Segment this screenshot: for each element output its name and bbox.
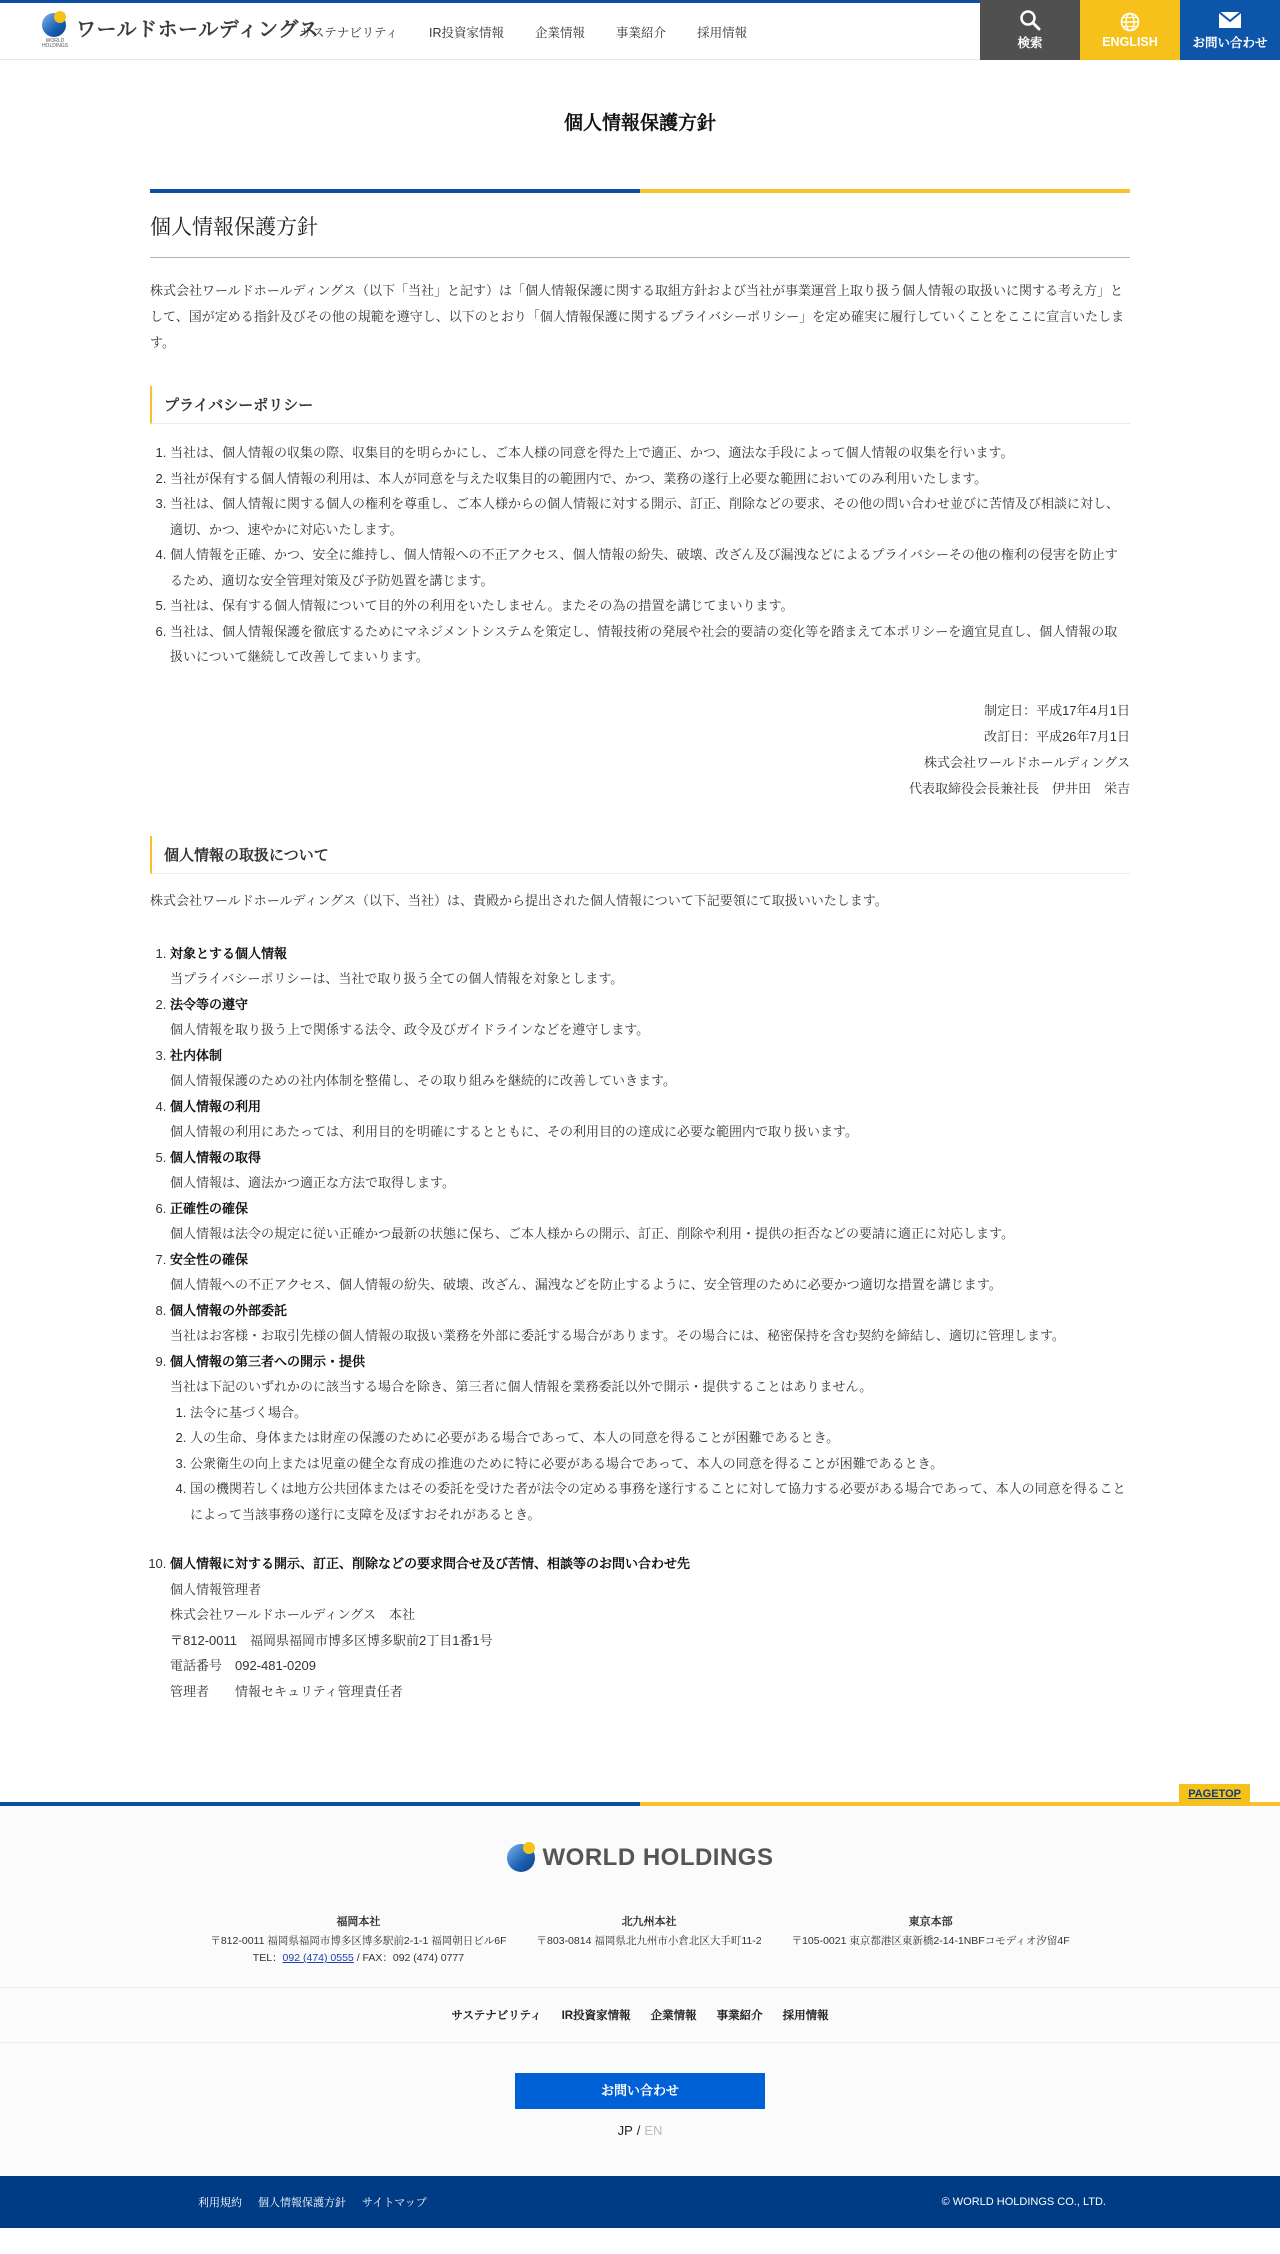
- logo-subtext: WORLD HOLDINGS: [38, 39, 72, 49]
- list-item: 当社が保有する個人情報の利用は、本人が同意を与えた収集目的の範囲内で、かつ、業務…: [170, 466, 1130, 492]
- search-label: 検索: [1017, 33, 1042, 51]
- page-title: 個人情報保護方針: [150, 108, 1130, 135]
- privacy-policy-heading: プライバシーポリシー: [150, 386, 1130, 424]
- office-name: 福岡本社: [210, 1914, 506, 1931]
- contact-info: 個人情報管理者 株式会社ワールドホールディングス 本社 〒812-0011 福岡…: [170, 1577, 1130, 1705]
- footer-nav: サステナビリティ IR投資家情報 企業情報 事業紹介 採用情報: [0, 1987, 1280, 2043]
- language-switch: JP/EN: [0, 2123, 1280, 2176]
- list-item: 法令等の遵守個人情報を取り扱う上で関係する法令、政令及びガイドラインなどを遵守し…: [170, 992, 1130, 1043]
- legal-links: 利用規約 個人情報保護方針 サイトマップ: [198, 2194, 427, 2210]
- established-date: 制定日：平成17年4月1日: [150, 698, 1130, 724]
- nav-recruit[interactable]: 採用情報: [697, 23, 747, 41]
- item-title: 個人情報の第三者への開示・提供: [170, 1349, 1130, 1375]
- lang-separator: /: [637, 2123, 641, 2138]
- privacy-link[interactable]: 個人情報保護方針: [258, 2194, 346, 2210]
- pagetop-button[interactable]: PAGETOP: [1179, 1784, 1250, 1804]
- manager-role: 管理者 情報セキュリティ管理責任者: [170, 1679, 1130, 1705]
- item-body: 当社は下記のいずれかのに該当する場合を除き、第三者に個人情報を業務委託以外で開示…: [170, 1374, 1130, 1400]
- list-item: 当社は、保有する個人情報について目的外の利用をいたしません。またその為の措置を講…: [170, 593, 1130, 619]
- list-item: 対象とする個人情報当プライバシーポリシーは、当社で取り扱う全ての個人情報を対象と…: [170, 941, 1130, 992]
- footer-nav-sustainability[interactable]: サステナビリティ: [451, 2007, 541, 2023]
- english-button[interactable]: ENGLISH: [1080, 0, 1180, 60]
- manager-label: 個人情報管理者: [170, 1577, 1130, 1603]
- item-body: 個人情報は法令の規定に従い正確かつ最新の状態に保ち、ご本人様からの開示、訂正、削…: [170, 1221, 1130, 1247]
- list-item: 安全性の確保個人情報への不正アクセス、個人情報の紛失、破壊、改ざん、漏洩などを防…: [170, 1247, 1130, 1298]
- postal-address: 〒812-0011 福岡県福岡市博多区博多駅前2丁目1番1号: [170, 1628, 1130, 1654]
- item-title: 安全性の確保: [170, 1247, 1130, 1273]
- office-fukuoka: 福岡本社 〒812-0011 福岡県福岡市博多区博多駅前2-1-1 福岡朝日ビル…: [210, 1914, 506, 1967]
- footer-contact-button[interactable]: お問い合わせ: [515, 2073, 765, 2109]
- mail-icon: [1219, 9, 1241, 31]
- office-name: 北九州本社: [537, 1914, 762, 1931]
- tel-link[interactable]: 092 (474) 0555: [283, 1952, 354, 1964]
- footer-nav-ir[interactable]: IR投資家情報: [562, 2007, 631, 2023]
- contact-button[interactable]: お問い合わせ: [1180, 0, 1280, 60]
- office-address: 〒812-0011 福岡県福岡市博多区博多駅前2-1-1 福岡朝日ビル6F: [210, 1933, 506, 1950]
- globe-icon: [1120, 11, 1140, 33]
- item-body: 個人情報への不正アクセス、個人情報の紛失、破壊、改ざん、漏洩などを防止するように…: [170, 1272, 1130, 1298]
- item-title: 個人情報の取得: [170, 1145, 1130, 1171]
- company-office: 株式会社ワールドホールディングス 本社: [170, 1602, 1130, 1628]
- footer-nav-recruit[interactable]: 採用情報: [783, 2007, 829, 2023]
- contact-label: お問い合わせ: [1192, 33, 1267, 51]
- tel-label: TEL：: [253, 1952, 283, 1964]
- item-title: 個人情報の利用: [170, 1094, 1130, 1120]
- search-icon: [1019, 9, 1041, 31]
- office-name: 東京本部: [792, 1914, 1070, 1931]
- global-nav: サステナビリティ IR投資家情報 企業情報 事業紹介 採用情報: [300, 3, 747, 60]
- signature-block: 制定日：平成17年4月1日 改訂日：平成26年7月1日 株式会社ワールドホールデ…: [150, 698, 1130, 802]
- site-header: WORLD HOLDINGS ワールドホールディングス サステナビリティ IR投…: [0, 0, 1280, 60]
- section-title: 個人情報保護方針: [150, 211, 1130, 258]
- list-item: 当社は、個人情報に関する個人の権利を尊重し、ご本人様からの個人情報に対する開示、…: [170, 491, 1130, 542]
- revised-date: 改訂日：平成26年7月1日: [150, 724, 1130, 750]
- item-title: 社内体制: [170, 1043, 1130, 1069]
- representative: 代表取締役会長兼社長 伊井田 栄吉: [150, 776, 1130, 802]
- nav-sustainability[interactable]: サステナビリティ: [300, 23, 398, 41]
- sub-list-item: 国の機関若しくは地方公共団体またはその委託を受けた者が法令の定める事務を遂行する…: [190, 1476, 1130, 1527]
- list-item: 個人情報の取得個人情報は、適法かつ適正な方法で取得します。: [170, 1145, 1130, 1196]
- item-body: 個人情報の利用にあたっては、利用目的を明確にするとともに、その利用目的の達成に必…: [170, 1119, 1130, 1145]
- sitemap-link[interactable]: サイトマップ: [362, 2194, 427, 2210]
- list-item: 個人情報に対する開示、訂正、削除などの要求問合せ及び苦情、相談等のお問い合わせ先…: [170, 1551, 1130, 1704]
- site-footer: PAGETOP WORLD HOLDINGS 福岡本社 〒812-0011 福岡…: [0, 1802, 1280, 2228]
- lang-en[interactable]: EN: [644, 2123, 662, 2138]
- handling-intro: 株式会社ワールドホールディングス（以下、当社）は、貴殿から提出された個人情報につ…: [150, 890, 1130, 909]
- office-kitakyushu: 北九州本社 〒803-0814 福岡県北九州市小倉北区大手町11-2: [537, 1914, 762, 1967]
- footer-logo[interactable]: WORLD HOLDINGS: [0, 1842, 1280, 1874]
- sub-list-item: 法令に基づく場合。: [190, 1400, 1130, 1426]
- main-content: 個人情報保護方針 個人情報保護方針 株式会社ワールドホールディングス（以下「当社…: [150, 108, 1130, 1704]
- logo-mark-icon: WORLD HOLDINGS: [40, 11, 70, 51]
- footer-logo-text: WORLD HOLDINGS: [543, 1844, 774, 1872]
- item-body: 当社はお客様・お取引先様の個人情報の取扱い業務を外部に委託する場合があります。そ…: [170, 1323, 1130, 1349]
- nav-ir[interactable]: IR投資家情報: [429, 23, 504, 41]
- sub-list-item: 公衆衛生の向上または児童の健全な育成の推進のために特に必要がある場合であって、本…: [190, 1451, 1130, 1477]
- footer-contact-wrap: お問い合わせ: [0, 2073, 1280, 2109]
- list-item: 個人情報を正確、かつ、安全に維持し、個人情報への不正アクセス、個人情報の紛失、破…: [170, 542, 1130, 593]
- logo-mark-icon: [507, 1842, 537, 1874]
- list-item: 個人情報の第三者への開示・提供 当社は下記のいずれかのに該当する場合を除き、第三…: [170, 1349, 1130, 1528]
- english-label: ENGLISH: [1102, 35, 1158, 49]
- logo-text: ワールドホールディングス: [76, 13, 319, 42]
- list-item: 当社は、個人情報保護を徹底するためにマネジメントシステムを策定し、情報技術の発展…: [170, 619, 1130, 670]
- terms-link[interactable]: 利用規約: [198, 2194, 242, 2210]
- item-title: 対象とする個人情報: [170, 941, 1130, 967]
- footer-bottom-bar: 利用規約 個人情報保護方針 サイトマップ © WORLD HOLDINGS CO…: [0, 2176, 1280, 2228]
- item-title: 個人情報に対する開示、訂正、削除などの要求問合せ及び苦情、相談等のお問い合わせ先: [170, 1551, 1130, 1577]
- office-list: 福岡本社 〒812-0011 福岡県福岡市博多区博多駅前2-1-1 福岡朝日ビル…: [0, 1914, 1280, 1967]
- office-tokyo: 東京本部 〒105-0021 東京都港区東新橋2-14-1NBFコモディオ汐留4…: [792, 1914, 1070, 1967]
- footer-nav-company[interactable]: 企業情報: [651, 2007, 697, 2023]
- item-body: 個人情報は、適法かつ適正な方法で取得します。: [170, 1170, 1130, 1196]
- office-address: 〒803-0814 福岡県北九州市小倉北区大手町11-2: [537, 1933, 762, 1950]
- title-divider: [150, 189, 1130, 193]
- footer-divider: [0, 1802, 1280, 1806]
- item-title: 正確性の確保: [170, 1196, 1130, 1222]
- item-body: 個人情報を取り扱う上で関係する法令、政令及びガイドラインなどを遵守します。: [170, 1017, 1130, 1043]
- footer-nav-business[interactable]: 事業紹介: [717, 2007, 763, 2023]
- nav-business[interactable]: 事業紹介: [616, 23, 666, 41]
- lang-jp[interactable]: JP: [618, 2123, 633, 2138]
- privacy-policy-list: 当社は、個人情報の収集の際、収集目的を明らかにし、ご本人様の同意を得た上で適正、…: [150, 440, 1130, 670]
- company-name: 株式会社ワールドホールディングス: [150, 750, 1130, 776]
- header-buttons: 検索 ENGLISH お問い合わせ: [980, 0, 1280, 60]
- list-item: 正確性の確保個人情報は法令の規定に従い正確かつ最新の状態に保ち、ご本人様からの開…: [170, 1196, 1130, 1247]
- search-button[interactable]: 検索: [980, 0, 1080, 60]
- copyright: © WORLD HOLDINGS CO., LTD.: [942, 2196, 1106, 2208]
- intro-paragraph: 株式会社ワールドホールディングス（以下「当社」と記す）は「個人情報保護に関する取…: [150, 278, 1130, 356]
- fax-text: / FAX：092 (474) 0777: [354, 1952, 464, 1964]
- exception-list: 法令に基づく場合。 人の生命、身体または財産の保護のために必要がある場合であって…: [170, 1400, 1130, 1528]
- list-item: 社内体制個人情報保護のための社内体制を整備し、その取り組みを継続的に改善していき…: [170, 1043, 1130, 1094]
- office-address: 〒105-0021 東京都港区東新橋2-14-1NBFコモディオ汐留4F: [792, 1933, 1070, 1950]
- item-title: 個人情報の外部委託: [170, 1298, 1130, 1324]
- item-body: 当プライバシーポリシーは、当社で取り扱う全ての個人情報を対象とします。: [170, 966, 1130, 992]
- item-title: 法令等の遵守: [170, 992, 1130, 1018]
- office-contact: TEL：092 (474) 0555 / FAX：092 (474) 0777: [210, 1950, 506, 1967]
- item-body: 個人情報保護のための社内体制を整備し、その取り組みを継続的に改善していきます。: [170, 1068, 1130, 1094]
- list-item: 個人情報の利用個人情報の利用にあたっては、利用目的を明確にするとともに、その利用…: [170, 1094, 1130, 1145]
- handling-list: 対象とする個人情報当プライバシーポリシーは、当社で取り扱う全ての個人情報を対象と…: [150, 941, 1130, 1705]
- phone-number: 電話番号 092-481-0209: [170, 1653, 1130, 1679]
- site-logo[interactable]: WORLD HOLDINGS ワールドホールディングス: [40, 11, 319, 51]
- handling-heading: 個人情報の取扱について: [150, 836, 1130, 874]
- list-item: 個人情報の外部委託当社はお客様・お取引先様の個人情報の取扱い業務を外部に委託する…: [170, 1298, 1130, 1349]
- nav-company[interactable]: 企業情報: [535, 23, 585, 41]
- list-item: 当社は、個人情報の収集の際、収集目的を明らかにし、ご本人様の同意を得た上で適正、…: [170, 440, 1130, 466]
- sub-list-item: 人の生命、身体または財産の保護のために必要がある場合であって、本人の同意を得るこ…: [190, 1425, 1130, 1451]
